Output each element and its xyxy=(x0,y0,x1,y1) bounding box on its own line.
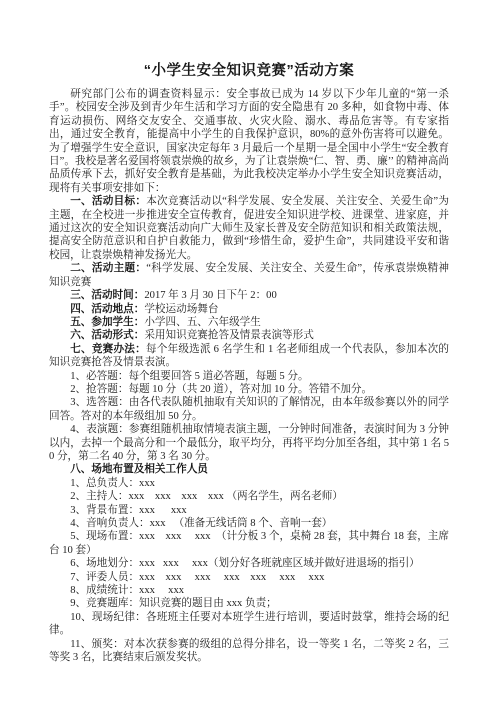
block-text: 采用知识竞赛抢答及情景表演等形式 xyxy=(144,330,314,341)
item-area-division: 6、场地划分：xxx xxx xxx（划分好各班就座区域并做好进退场的指引） xyxy=(49,557,449,570)
item-awards: 11、颁奖：对本次获参赛的级组的总得分排名，设一等奖 1 名，二等奖 2 名，三… xyxy=(49,638,449,665)
block-text: 4、音响负责人：xxx （准备无线话筒 8 个、音响一套） xyxy=(70,518,332,529)
block-text: 2、抢答题：每题 10 分（共 20 道），答对加 10 分。答错不加分。 xyxy=(70,384,372,395)
item-rush-questions: 2、抢答题：每题 10 分（共 20 道），答对加 10 分。答错不加分。 xyxy=(49,383,449,396)
block-text: 6、场地划分：xxx xxx xxx（划分好各班就座区域并做好进退场的指引） xyxy=(70,558,420,569)
item-performance-questions: 4、表演题：参赛组随机抽取情境表演主题，一分钟时间准备，表演时间为 3 分钟以内… xyxy=(49,423,449,463)
section-participants: 五、参加学生：小学四、五、六年级学生 xyxy=(49,316,449,329)
block-text: 小学四、五、六年级学生 xyxy=(144,317,261,328)
item-audio-manager: 4、音响负责人：xxx （准备无线话筒 8 个、音响一套） xyxy=(49,517,449,530)
section-activity-format: 六、活动形式：采用知识竞赛抢答及情景表演等形式 xyxy=(49,329,449,342)
item-site-setup: 5、现场布置：xxx xxx xxx （计分板 3 个，桌椅 28 套，其中舞台… xyxy=(49,530,449,557)
document-page: “小学生安全知识竞赛”活动方案 研究部门公布的调查资料显示：安全事故已成为 14… xyxy=(0,0,499,706)
block-label: 一、活动目标： xyxy=(70,195,146,207)
item-background-setup: 3、背景布置：xxx xxx xyxy=(49,504,449,517)
block-label: 八、场地布置及相关工作人员 xyxy=(70,463,208,475)
block-label: 三、活动时间： xyxy=(70,289,144,301)
block-label: 二、活动主题： xyxy=(70,262,146,274)
block-label: 七、竞赛办法： xyxy=(70,343,146,355)
block-text: 1、总负责人：xxx xyxy=(70,478,155,489)
block-text: 研究部门公布的调查资料显示：安全事故已成为 14 岁以下少年儿童的“第一杀手”。… xyxy=(49,89,449,194)
section-activity-venue: 四、活动地点：学校运动场舞台 xyxy=(49,303,449,316)
block-text: 1、必答题：每个组要回答 5 道必答题，每题 5 分。 xyxy=(70,371,308,382)
item-score-statistics: 8、成绩统计：xxx xxx xyxy=(49,584,449,597)
block-text: 学校运动场舞台 xyxy=(144,304,218,315)
block-label: 五、参加学生： xyxy=(70,316,144,328)
block-text: 9、竞赛题库：知识竞赛的题目由 xxx 负责； xyxy=(70,598,277,609)
block-label: 四、活动地点： xyxy=(70,303,144,315)
item-judges: 7、评委人员：xxx xxx xxx xxx xxx xxx xxx xyxy=(49,571,449,584)
item-general-director: 1、总负责人：xxx xyxy=(49,477,449,490)
item-question-bank: 9、竞赛题库：知识竞赛的题目由 xxx 负责； xyxy=(49,597,449,610)
block-label: 六、活动形式： xyxy=(70,329,144,341)
item-required-questions: 1、必答题：每个组要回答 5 道必答题，每题 5 分。 xyxy=(49,370,449,383)
block-text: 11、颁奖：对本次获参赛的级组的总得分排名，设一等奖 1 名，二等奖 2 名，三… xyxy=(49,639,449,663)
section-activity-goal: 一、活动目标：本次竞赛活动以“科学发展、安全发展、关注安全、关爱生命”为主题，在… xyxy=(49,195,449,262)
item-site-discipline: 10、现场纪律：各班班主任要对本班学生进行培训，要适时鼓掌，维持会场的纪律。 xyxy=(49,611,449,638)
block-text: 2、主持人：xxx xxx xxx xxx （两名学生，两名老师） xyxy=(70,491,343,502)
block-text: 4、表演题：参赛组随机抽取情境表演主题，一分钟时间准备，表演时间为 3 分钟以内… xyxy=(49,424,449,462)
paragraph-intro: 研究部门公布的调查资料显示：安全事故已成为 14 岁以下少年儿童的“第一杀手”。… xyxy=(49,88,449,195)
block-text: 3、背景布置：xxx xxx xyxy=(70,505,187,516)
block-text: 5、现场布置：xxx xxx xxx （计分板 3 个，桌椅 28 套，其中舞台… xyxy=(49,531,449,555)
document-body: “小学生安全知识竞赛”活动方案 研究部门公布的调查资料显示：安全事故已成为 14… xyxy=(0,0,499,664)
item-selected-questions: 3、选答题：由各代表队随机抽取有关知识的了解情况，由本年级参赛以外的同学回答。答… xyxy=(49,396,449,423)
block-text: 8、成绩统计：xxx xxx xyxy=(70,585,184,596)
item-hosts: 2、主持人：xxx xxx xxx xxx （两名学生，两名老师） xyxy=(49,490,449,503)
block-text: 7、评委人员：xxx xxx xxx xxx xxx xxx xxx xyxy=(70,572,324,583)
block-text: 3、选答题：由各代表队随机抽取有关知识的了解情况，由本年级参赛以外的同学回答。答… xyxy=(49,397,449,421)
document-title: “小学生安全知识竞赛”活动方案 xyxy=(49,63,449,79)
block-text: 2017 年 3 月 30 日下午 2：00 xyxy=(144,290,276,301)
section-activity-theme: 二、活动主题：“科学发展、安全发展、关注安全、关爱生命”，传承袁崇焕精神知识竞赛 xyxy=(49,262,449,289)
section-competition-method: 七、竞赛办法：每个年级选派 6 名学生和 1 名老师组成一个代表队，参加本次的知… xyxy=(49,343,449,370)
section-venue-setup-heading: 八、场地布置及相关工作人员 xyxy=(49,463,449,476)
section-activity-time: 三、活动时间：2017 年 3 月 30 日下午 2：00 xyxy=(49,289,449,302)
block-text: 10、现场纪律：各班班主任要对本班学生进行培训，要适时鼓掌，维持会场的纪律。 xyxy=(49,612,449,636)
